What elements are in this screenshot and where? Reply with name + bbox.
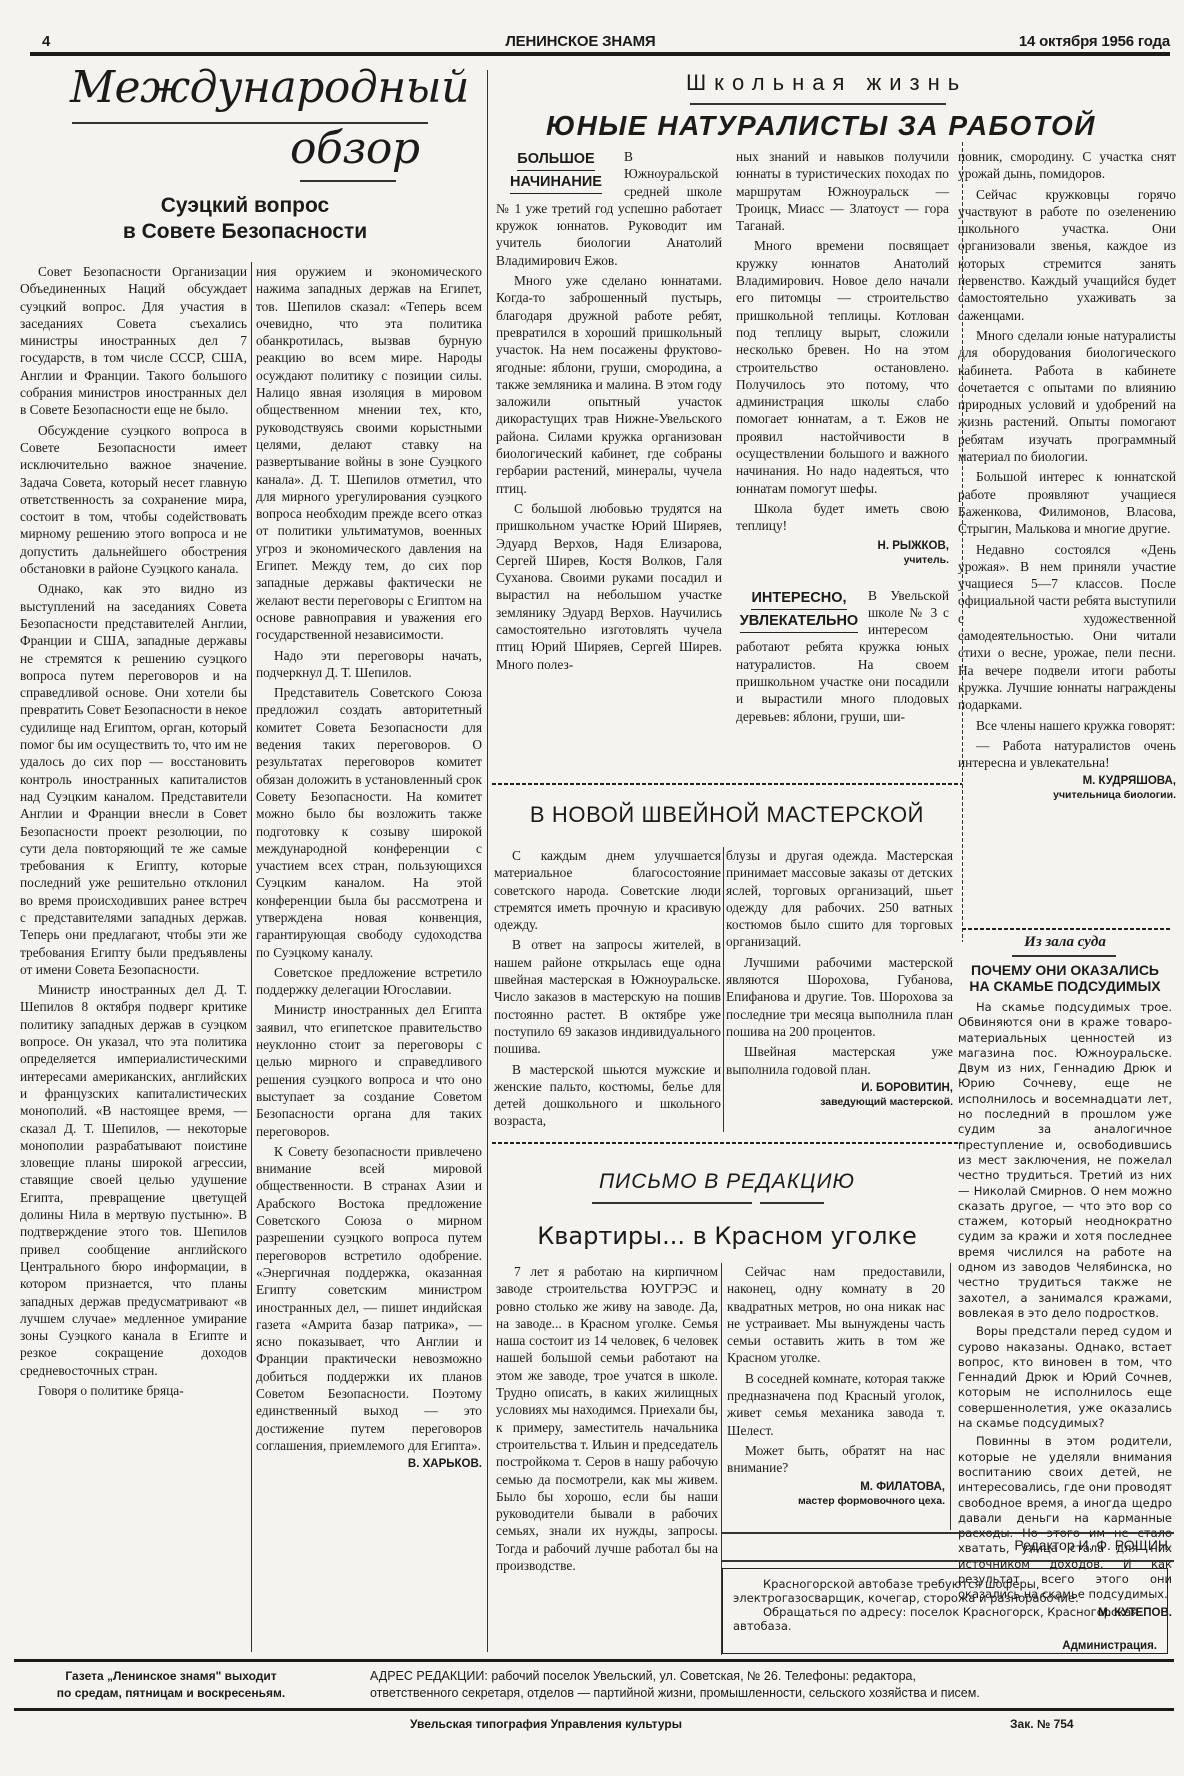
signature: М. КУДРЯШОВА, учительница биологии.: [958, 774, 1176, 802]
newspaper-page: 4 ЛЕНИНСКОЕ ЗНАМЯ 14 октября 1956 года М…: [0, 0, 1184, 1776]
article-sewing-col1: С каждым днем улучшается материальное бл…: [494, 847, 721, 1133]
address-line: АДРЕС РЕДАКЦИИ: рабочий поселок Увельски…: [370, 1668, 1170, 1685]
paragraph: В ответ на запросы жителей, в нашем райо…: [494, 936, 721, 1057]
kicker-line: УВЛЕКАТЕЛЬНО: [740, 610, 858, 633]
paragraph: В соседней комнате, которая также предна…: [727, 1370, 945, 1439]
paragraph: Много сделали юные натуралисты для обору…: [958, 327, 1176, 465]
paragraph: Недавно состоялся «День урожая». В нем п…: [958, 541, 1176, 714]
rubric-underline: [760, 1202, 824, 1204]
signature-role: учитель.: [736, 553, 949, 567]
paragraph: Надо эти переговоры начать, подчеркнул Д…: [256, 647, 482, 682]
signature: Н. РЫЖКОВ, учитель.: [736, 539, 949, 567]
paragraph: Министр иностранных дел Д. Т. Шепилов 8 …: [20, 981, 247, 1379]
newspaper-title: ЛЕНИНСКОЕ ЗНАМЯ: [102, 33, 1019, 50]
rubric-school-life: Школьная жизнь: [686, 70, 967, 96]
rubric-underline: [592, 1202, 752, 1204]
signature-role: учительница биологии.: [958, 788, 1176, 802]
paragraph: Сейчас нам предоставили, наконец, одну к…: [727, 1263, 945, 1367]
paragraph: Швейная мастерская уже выполнила годовой…: [726, 1043, 953, 1078]
paragraph: Однако, как это видно из выступлений на …: [20, 580, 247, 978]
paragraph: С большой любовью трудятся на пришкольно…: [496, 500, 722, 673]
paragraph: С каждым днем улучшается материальное бл…: [494, 847, 721, 933]
kicker-interesting: ИНТЕРЕСНО, УВЛЕКАТЕЛЬНО: [736, 587, 862, 633]
column-rule: [950, 1263, 951, 1530]
section-divider: [492, 1142, 962, 1144]
ad-signature: Администрация.: [733, 1639, 1157, 1653]
page-number: 4: [42, 33, 102, 50]
paragraph: Обсуждение суэцкого вопроса в Совете Без…: [20, 422, 247, 578]
paragraph: ных знаний и навыков получили юннаты в т…: [736, 148, 949, 234]
paragraph: ния оружием и экономического нажима запа…: [256, 263, 482, 644]
headline-apartments: Квартиры... в Красном уголке: [496, 1222, 958, 1250]
column-rule: [487, 70, 488, 1652]
paragraph: повник, смородину. С участка снят урожай…: [958, 148, 1176, 183]
story-big-beginning-col2: ных знаний и навыков получили юннаты в т…: [736, 148, 949, 728]
story-interesting-col3: повник, смородину. С участка снят урожай…: [958, 148, 1176, 802]
paragraph: Советское предложение встретило поддержк…: [256, 964, 482, 999]
signature: М. ФИЛАТОВА, мастер формовочного цеха.: [727, 1480, 945, 1508]
paragraph: Представитель Советского Союза предложил…: [256, 684, 482, 961]
rubric-from-court: Из зала суда: [958, 934, 1172, 951]
classified-ad: Красногорской автобазе требуются шоферы,…: [722, 1568, 1168, 1654]
paragraph: Много времени посвящает кружку юннатов А…: [736, 237, 949, 496]
article-suez-col1: Совет Безопасности Организации Объединен…: [20, 263, 247, 1402]
article-court: На скамье подсудимых трое. Обвиняются он…: [958, 1000, 1172, 1620]
printer-credit: Увельская типография Управления культуры: [410, 1717, 682, 1731]
paragraph: блузы и другая одежда. Мастерская приним…: [726, 847, 953, 951]
rubric-underline-2: [300, 180, 396, 182]
section-divider: [722, 1532, 1174, 1534]
paragraph: Большой интерес к юннатской работе прояв…: [958, 468, 1176, 537]
paragraph: Совет Безопасности Организации Объединен…: [20, 263, 247, 419]
schedule-line: Газета „Ленинское знамя" выходит: [16, 1668, 326, 1685]
kicker-line: БОЛЬШОЕ: [517, 148, 594, 171]
issue-date: 14 октября 1956 года: [1019, 33, 1170, 50]
article-letter-col2: Сейчас нам предоставили, наконец, одну к…: [727, 1263, 945, 1508]
paragraph: Школа будет иметь свою теплицу!: [736, 500, 949, 535]
article-suez-col2: ния оружием и экономического нажима запа…: [256, 263, 482, 1471]
rubric-review: обзор: [290, 123, 420, 174]
signature-name: М. КУДРЯШОВА,: [958, 774, 1176, 788]
story-big-beginning-col1: БОЛЬШОЕ НАЧИНАНИЕ В Южноуральской средне…: [496, 148, 722, 676]
rubric-international: Международный: [70, 62, 469, 113]
paragraph: Воры предстали перед судом и сурово нака…: [958, 1324, 1172, 1431]
paragraph: В мастерской шьются мужские и женские па…: [494, 1061, 721, 1130]
headline-defendants: ПОЧЕМУ ОНИ ОКАЗАЛИСЬ НА СКАМЬЕ ПОДСУДИМЫ…: [958, 962, 1172, 994]
paragraph: Сейчас кружковцы горячо участвуют в рабо…: [958, 186, 1176, 324]
headline-line: Суэцкий вопрос: [50, 193, 440, 219]
section-divider: [962, 928, 1172, 930]
signature: В. ХАРЬКОВ.: [256, 1457, 482, 1471]
schedule-line: по средам, пятницам и воскресеньям.: [16, 1685, 326, 1702]
section-divider: [492, 783, 962, 785]
paragraph: Министр иностранных дел Египта заявил, ч…: [256, 1001, 482, 1139]
rubric-letter-to-editor: ПИСЬМО В РЕДАКЦИЮ: [496, 1170, 958, 1194]
footer-address: АДРЕС РЕДАКЦИИ: рабочий поселок Увельски…: [370, 1668, 1170, 1702]
signature: И. БОРОВИТИН, заведующий мастерской.: [726, 1081, 953, 1109]
headline-line: ПОЧЕМУ ОНИ ОКАЗАЛИСЬ: [958, 962, 1172, 978]
column-rule: [723, 847, 724, 1132]
article-headline-suez: Суэцкий вопрос в Совете Безопасности: [50, 193, 440, 245]
rubric-underline: [690, 103, 946, 105]
article-letter-col1: 7 лет я работаю на кирпичном заводе стро…: [496, 1263, 718, 1577]
signature-role: мастер формовочного цеха.: [727, 1494, 945, 1508]
paragraph: Все члены нашего кружка говорят:: [958, 717, 1176, 734]
column-rule: [251, 262, 252, 1652]
masthead: 4 ЛЕНИНСКОЕ ЗНАМЯ 14 октября 1956 года: [42, 24, 1170, 50]
signature-role: заведующий мастерской.: [726, 1095, 953, 1109]
footer-schedule: Газета „Ленинское знамя" выходит по сред…: [16, 1668, 326, 1702]
signature-name: М. ФИЛАТОВА,: [727, 1480, 945, 1494]
kicker-line: НАЧИНАНИЕ: [510, 171, 602, 194]
rubric-underline: [1012, 955, 1116, 957]
paragraph: На скамье подсудимых трое. Обвиняются он…: [958, 1000, 1172, 1321]
kicker-line: ИНТЕРЕСНО,: [751, 587, 846, 610]
signature-name: И. БОРОВИТИН,: [726, 1081, 953, 1095]
paragraph: Лучшими рабочими мастерской являются Шор…: [726, 954, 953, 1040]
ad-line: Обращаться по адресу: поселок Красногорс…: [733, 1605, 1157, 1633]
order-number: Зак. № 754: [1010, 1717, 1074, 1731]
paragraph: Много уже сделано юннатами. Когда-то заб…: [496, 272, 722, 497]
footer-rule: [14, 1708, 1174, 1711]
address-line: ответственного секретаря, отделов — парт…: [370, 1685, 1170, 1702]
headline-young-naturalists: ЮНЫЕ НАТУРАЛИСТЫ ЗА РАБОТОЙ: [546, 110, 1096, 142]
kicker-big-beginning: БОЛЬШОЕ НАЧИНАНИЕ: [496, 148, 616, 194]
signature-name: Н. РЫЖКОВ,: [736, 539, 949, 553]
headline-line: НА СКАМЬЕ ПОДСУДИМЫХ: [958, 978, 1172, 994]
headline-sewing-workshop: В НОВОЙ ШВЕЙНОЙ МАСТЕРСКОЙ: [496, 802, 958, 828]
footer-rule: [14, 1659, 1174, 1662]
paragraph: К Совету безопасности привлечено внимани…: [256, 1143, 482, 1454]
article-sewing-col2: блузы и другая одежда. Мастерская приним…: [726, 847, 953, 1109]
ad-line: Красногорской автобазе требуются шоферы,…: [733, 1577, 1157, 1605]
headline-line: в Совете Безопасности: [50, 219, 440, 245]
paragraph: — Работа натуралистов очень интересна и …: [958, 737, 1176, 772]
paragraph: Говоря о политике бряца-: [20, 1382, 247, 1399]
editor-credit: Редактор И. Ф. РОЩИН: [722, 1537, 1168, 1553]
section-divider: [722, 1560, 1174, 1562]
column-rule-dashed: [962, 142, 963, 942]
paragraph: 7 лет я работаю на кирпичном заводе стро…: [496, 1263, 718, 1574]
masthead-rule: [30, 52, 1170, 56]
paragraph: Может быть, обратят на нас внимание?: [727, 1442, 945, 1477]
